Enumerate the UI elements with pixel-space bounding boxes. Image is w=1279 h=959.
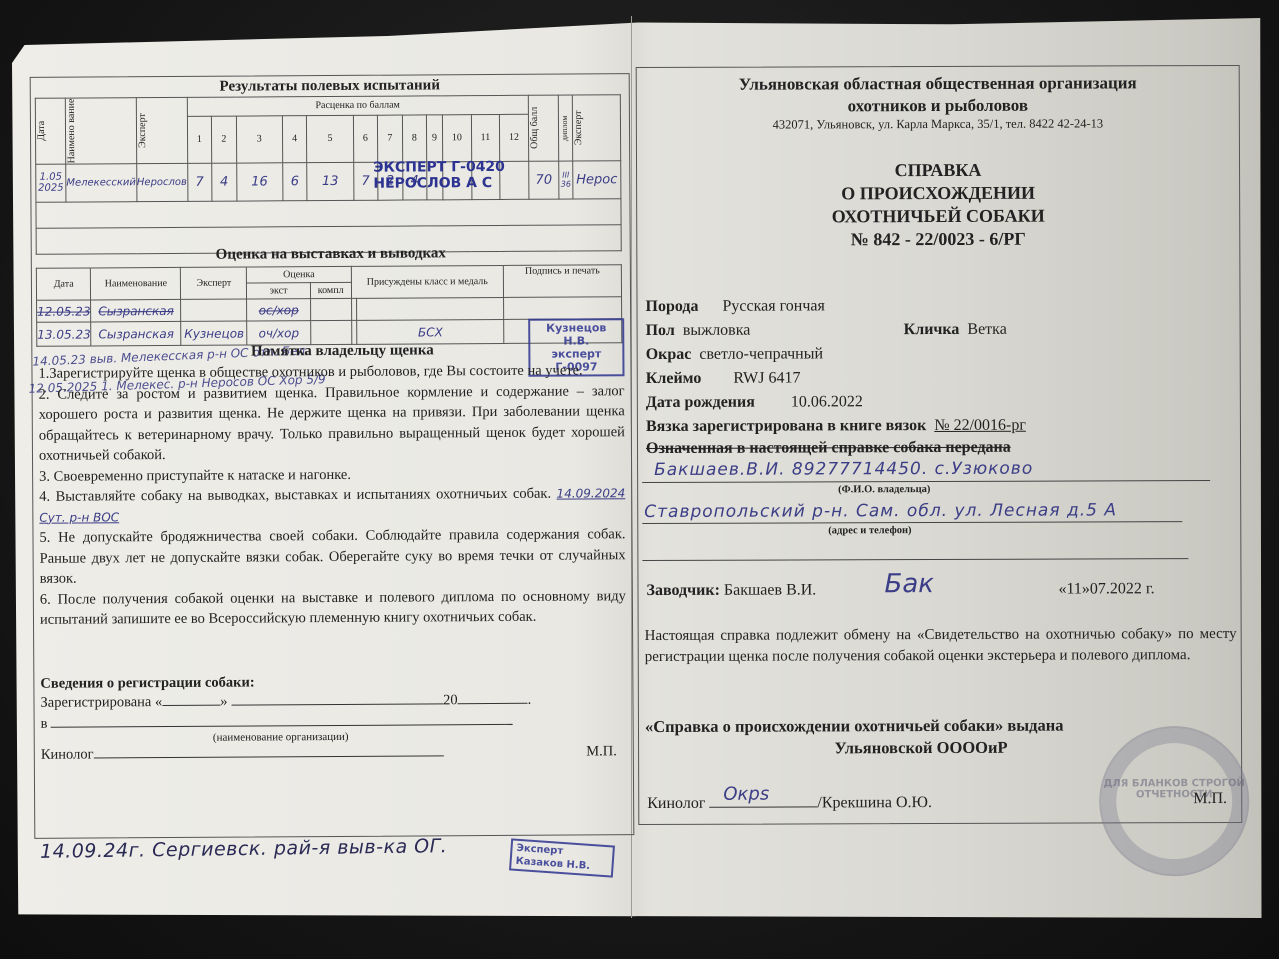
exchange-note: Настоящая справка подлежит обмену на «Св… xyxy=(645,624,1237,668)
field-trials-table: Дата Наимено вание Эксперт Расценка по б… xyxy=(35,94,622,254)
trial-cell: 70 xyxy=(529,161,559,199)
registration-day-field[interactable] xyxy=(162,705,220,706)
trial-cell: Нерос xyxy=(573,161,621,199)
shows-header-signature: Подпись и печать xyxy=(503,265,621,298)
shows-header-name: Наименование xyxy=(91,267,181,300)
table-row: 1.05 2025МелекесскийНерослов741661372470… xyxy=(36,161,621,203)
field-brand: Клеймо RWJ 6417 xyxy=(646,369,801,388)
show-cell: оч/хор xyxy=(247,321,310,345)
show-cell: 12.05.23 xyxy=(37,300,92,322)
address-handwritten: Ставропольский р-н. Сам. обл. ул. Лесная… xyxy=(644,500,1117,522)
transfer-label: Означенная в настоящей справке собака пе… xyxy=(646,439,1011,458)
shows-header-expert: Эксперт xyxy=(181,267,247,299)
trial-cell: 4 xyxy=(212,163,237,201)
registration-year-field[interactable] xyxy=(458,703,528,704)
trial-cell: Мелекесский xyxy=(66,164,137,202)
memo-item-4: 4. Выставляйте собаку на выводках, выста… xyxy=(39,483,625,528)
memo-item-6: 6. После получения собакой оценки на выс… xyxy=(40,586,626,631)
header-diploma: диплом xyxy=(559,115,570,141)
field-sex: Пол выжловка Кличка Ветка xyxy=(646,320,1236,340)
kinolog-line: Кинолог Окрs /Крекшина О.Ю. М.П. xyxy=(647,790,1237,813)
field-trials-expert-stamp: ЭКСПЕРТ Г-0420 НЕРОСЛОВ А С xyxy=(373,159,505,192)
owner-handwritten: Бакшаев.В.И. 89277714450. с.Узюково xyxy=(654,459,1033,480)
trial-cell: 13 xyxy=(307,162,354,200)
registration-month-field[interactable] xyxy=(231,703,443,705)
breeder-signature: Бак xyxy=(884,569,934,599)
trial-cell: Нерослов xyxy=(136,163,187,201)
kinolog-signature: Окрs xyxy=(723,784,769,805)
seal-label: М.П. xyxy=(586,743,617,760)
header-name: Наимено вание xyxy=(66,99,77,164)
owner-caption: (Ф.И.О. владельца) xyxy=(838,484,930,495)
score-column-7: 7 xyxy=(377,115,402,162)
registration-org-line: в xyxy=(41,712,627,733)
registration-date-line: Зарегистрирована «» 20. xyxy=(40,691,626,712)
trial-cell: 7 xyxy=(187,163,212,201)
document-number: № 842 - 22/0023 - 6/РГ xyxy=(637,227,1239,252)
breeder-date: «11»07.2022 г. xyxy=(1058,580,1154,598)
score-column-2: 2 xyxy=(211,116,236,163)
registration-kinolog-line: Кинолог М.П. xyxy=(41,743,627,764)
trial-cell: 1.05 2025 xyxy=(36,164,66,202)
show-cell: Кузнецов xyxy=(181,321,247,345)
memo-item-2: 2. Следите за ростом и развитием щенка. … xyxy=(39,381,625,467)
header-expert-2: Эксперт xyxy=(573,111,584,146)
show-cell xyxy=(504,297,622,320)
kinolog-field[interactable] xyxy=(94,755,444,758)
field-birth-date: Дата рождения 10.06.2022 xyxy=(646,393,863,412)
score-column-8: 8 xyxy=(402,114,427,161)
field-breed: Порода Русская гончая xyxy=(645,297,824,316)
field-color: Окрас светло-чепрачный xyxy=(646,345,823,364)
show-cell xyxy=(357,297,504,320)
header-date: Дата xyxy=(36,121,47,141)
trial-cell: III 36 xyxy=(559,161,573,199)
breeder-name: Бакшаев В.И. xyxy=(724,581,816,598)
organization-address: 432071, Ульяновск, ул. Карла Маркса, 35/… xyxy=(637,116,1239,133)
field-mating: Вязка зарегистрирована в книге вязок № 2… xyxy=(646,417,1026,436)
memo-item-1: 1.Зарегистрируйте щенка в обществе охотн… xyxy=(38,360,624,384)
show-cell: ос/хор xyxy=(247,299,310,321)
score-column-3: 3 xyxy=(236,115,283,163)
memo-title: Памятка владельцу щенка xyxy=(222,342,462,360)
field-name: Кличка Ветка xyxy=(904,321,1007,339)
registration-section: Сведения о регистрации собаки: Зарегистр… xyxy=(40,672,627,764)
show-cell: БСХ xyxy=(357,319,504,344)
trial-cell: 16 xyxy=(236,163,283,201)
left-page: Результаты полевых испытаний Дата Наимен… xyxy=(30,73,635,839)
score-column-12: 12 xyxy=(499,114,528,161)
right-page: Ульяновская областная общественная орган… xyxy=(636,65,1243,825)
memo-list: 1.Зарегистрируйте щенка в обществе охотн… xyxy=(38,360,626,630)
registration-org-field[interactable] xyxy=(51,724,513,728)
kinolog-label: Кинолог xyxy=(41,746,94,762)
trial-cell: 6 xyxy=(283,162,308,200)
shows-header-ext: экст xyxy=(247,283,310,299)
registration-title: Сведения о регистрации собаки: xyxy=(40,672,626,693)
score-column-10: 10 xyxy=(442,114,471,161)
score-column-5: 5 xyxy=(307,115,354,163)
year-prefix: 20 xyxy=(443,692,458,708)
show-cell: Сызранская xyxy=(91,321,181,346)
score-column-1: 1 xyxy=(187,116,212,163)
breeder-line: Заводчик: Бакшаев В.И. Бак «11»07.2022 г… xyxy=(646,580,1236,600)
header-total: Общ балл xyxy=(529,107,540,149)
header-expert: Эксперт xyxy=(136,113,147,148)
organization-name: Ульяновская областная общественная орган… xyxy=(637,72,1239,118)
score-column-4: 4 xyxy=(282,115,307,162)
header-score-group: Расценка по баллам xyxy=(187,95,528,116)
score-column-6: 6 xyxy=(353,115,378,162)
seal-label: М.П. xyxy=(1193,790,1227,808)
memo-item-5: 5. Не допускайте бродяжничества своей со… xyxy=(39,524,625,589)
shows-header-awarded: Присуждены класс и медаль xyxy=(351,265,504,298)
shows-title: Оценка на выставках и выводках xyxy=(32,244,630,265)
show-cell xyxy=(310,298,351,320)
address-caption: (адрес и телефон) xyxy=(828,525,911,536)
show-cell: Сызранская xyxy=(91,299,181,322)
score-column-9: 9 xyxy=(426,114,442,161)
show-cell xyxy=(181,299,247,321)
show-cell xyxy=(310,320,351,344)
score-column-11: 11 xyxy=(471,114,499,161)
registered-label: Зарегистрирована « xyxy=(40,694,162,711)
document-title: СПРАВКА О ПРОИСХОЖДЕНИИ ОХОТНИЧЬЕЙ СОБАК… xyxy=(637,158,1239,252)
shows-header-date: Дата xyxy=(36,268,91,300)
kinolog-name: /Крекшина О.Ю. xyxy=(817,794,932,811)
shows-header-rating: Оценка xyxy=(247,266,351,283)
show-cell: 13.05.23 xyxy=(37,322,92,346)
shows-header-comp: компл xyxy=(310,282,351,298)
